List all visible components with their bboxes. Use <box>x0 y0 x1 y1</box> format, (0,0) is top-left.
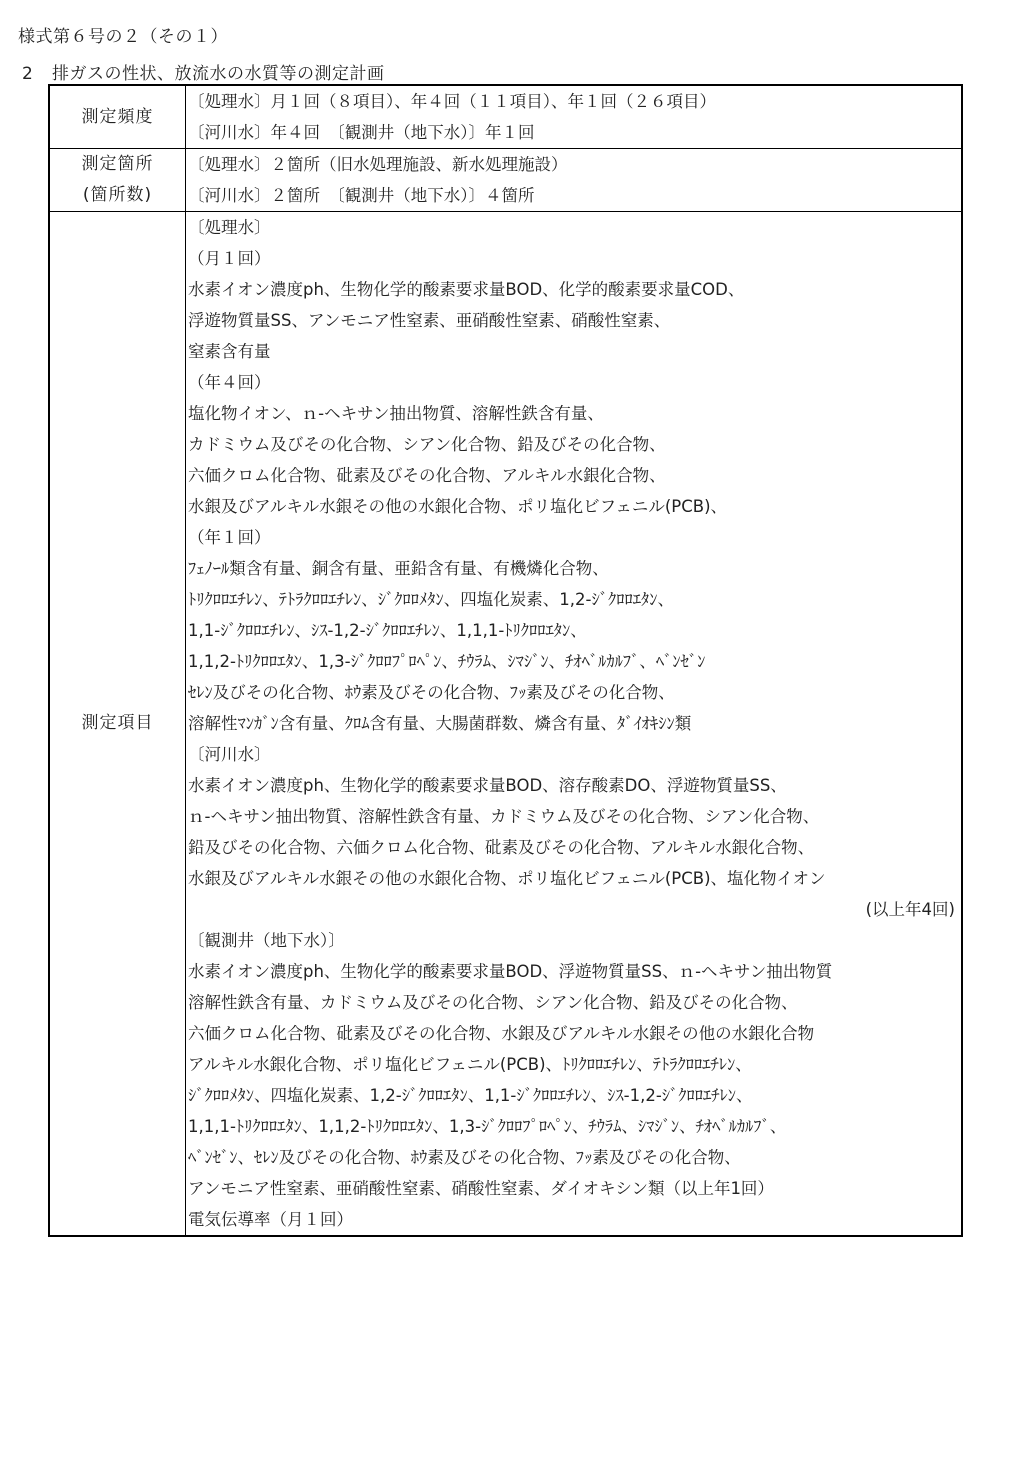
measurement-item-line: 水素イオン濃度ph、生物化学的酸素要求量BOD、浮遊物質量SS、ｎ-ヘキサン抽出… <box>188 956 961 987</box>
frequency-label-cell: 測定頻度 <box>49 85 186 149</box>
measurement-item-line: 水素イオン濃度ph、生物化学的酸素要求量BOD、化学的酸素要求量COD、 <box>188 274 961 305</box>
table-row-locations: 測定箇所 (箇所数) 〔処理水〕２箇所（旧水処理施設、新水処理施設） 〔河川水〕… <box>49 149 962 212</box>
measurement-item-line: 六価クロム化合物、砒素及びその化合物、アルキル水銀化合物、 <box>188 460 961 491</box>
frequency-line: 〔処理水〕月１回（８項目）、年４回（１１項目）、年１回（２６項目） <box>188 86 961 117</box>
measurement-item-line: （年１回） <box>188 522 961 553</box>
measurement-item-line: 〔観測井（地下水）〕 <box>188 925 961 956</box>
locations-content-cell: 〔処理水〕２箇所（旧水処理施設、新水処理施設） 〔河川水〕２箇所 〔観測井（地下… <box>186 149 963 212</box>
measurement-item-line: ﾌｪﾉｰﾙ類含有量、銅含有量、亜鉛含有量、有機燐化合物、 <box>188 553 961 584</box>
measurement-item-line: ｎ-ヘキサン抽出物質、溶解性鉄含有量、カドミウム及びその化合物、シアン化合物、 <box>188 801 961 832</box>
measurement-item-line: 浮遊物質量SS、アンモニア性窒素、亜硝酸性窒素、硝酸性窒素、 <box>188 305 961 336</box>
form-number-label: 様式第６号の２（その１） <box>18 22 228 47</box>
locations-line: 〔処理水〕２箇所（旧水処理施設、新水処理施設） <box>188 149 961 180</box>
table-row-items: 測定項目 〔処理水〕（月１回）水素イオン濃度ph、生物化学的酸素要求量BOD、化… <box>49 212 962 1237</box>
measurement-item-line: カドミウム及びその化合物、シアン化合物、鉛及びその化合物、 <box>188 429 961 460</box>
measurement-item-line: 〔河川水〕 <box>188 739 961 770</box>
measurement-item-line: （月１回） <box>188 243 961 274</box>
measurement-item-line: 水素イオン濃度ph、生物化学的酸素要求量BOD、溶存酸素DO、浮遊物質量SS、 <box>188 770 961 801</box>
measurement-item-line: 六価クロム化合物、砒素及びその化合物、水銀及びアルキル水銀その他の水銀化合物 <box>188 1018 961 1049</box>
section-title: 排ガスの性状、放流水の水質等の測定計画 <box>52 64 385 84</box>
measurement-item-line: 窒素含有量 <box>188 336 961 367</box>
frequency-content-cell: 〔処理水〕月１回（８項目）、年４回（１１項目）、年１回（２６項目） 〔河川水〕年… <box>186 85 963 149</box>
locations-label: 測定箇所 <box>50 149 185 180</box>
measurement-item-line: ﾄﾘｸﾛﾛｴﾁﾚﾝ、ﾃﾄﾗｸﾛﾛｴﾁﾚﾝ、ｼﾞｸﾛﾛﾒﾀﾝ、四塩化炭素、1,2-… <box>188 584 961 615</box>
items-label: 測定項目 <box>50 708 185 739</box>
measurement-item-line: アルキル水銀化合物、ポリ塩化ビフェニル(PCB)、ﾄﾘｸﾛﾛｴﾁﾚﾝ、ﾃﾄﾗｸﾛ… <box>188 1049 961 1080</box>
measurement-item-line: 1,1,1-ﾄﾘｸﾛﾛｴﾀﾝ、1,1,2-ﾄﾘｸﾛﾛｴﾀﾝ、1,3-ｼﾞｸﾛﾛﾌ… <box>188 1111 961 1142</box>
section-number: 2 <box>22 64 52 84</box>
measurement-item-line: 鉛及びその化合物、六価クロム化合物、砒素及びその化合物、アルキル水銀化合物、 <box>188 832 961 863</box>
locations-count-label: (箇所数) <box>50 180 185 211</box>
items-content-cell: 〔処理水〕（月１回）水素イオン濃度ph、生物化学的酸素要求量BOD、化学的酸素要… <box>186 212 963 1237</box>
measurement-item-line: アンモニア性窒素、亜硝酸性窒素、硝酸性窒素、ダイオキシン類（以上年1回） <box>188 1173 961 1204</box>
measurement-item-line: (以上年4回) <box>188 894 961 925</box>
measurement-item-line: ﾍﾞﾝｾﾞﾝ、ｾﾚﾝ及びその化合物、ﾎｳ素及びその化合物、ﾌｯ素及びその化合物、 <box>188 1142 961 1173</box>
measurement-item-line: ｾﾚﾝ及びその化合物、ﾎｳ素及びその化合物、ﾌｯ素及びその化合物、 <box>188 677 961 708</box>
measurement-item-line: 水銀及びアルキル水銀その他の水銀化合物、ポリ塩化ビフェニル(PCB)、 <box>188 491 961 522</box>
locations-line: 〔河川水〕２箇所 〔観測井（地下水）〕４箇所 <box>188 180 961 211</box>
measurement-item-line: 溶解性鉄含有量、カドミウム及びその化合物、シアン化合物、鉛及びその化合物、 <box>188 987 961 1018</box>
measurement-item-line: 溶解性ﾏﾝｶﾞﾝ含有量、ｸﾛﾑ含有量、大腸菌群数、燐含有量、ﾀﾞｲｵｷｼﾝ類 <box>188 708 961 739</box>
measurement-item-line: 1,1,2-ﾄﾘｸﾛﾛｴﾀﾝ、1,3-ｼﾞｸﾛﾛﾌﾟﾛﾍﾟﾝ、ﾁｳﾗﾑ、ｼﾏｼﾞ… <box>188 646 961 677</box>
measurement-item-line: 塩化物イオン、ｎ-ヘキサン抽出物質、溶解性鉄含有量、 <box>188 398 961 429</box>
measurement-item-line: 電気伝導率（月１回） <box>188 1204 961 1235</box>
frequency-line: 〔河川水〕年４回 〔観測井（地下水）〕年１回 <box>188 117 961 148</box>
locations-label-cell: 測定箇所 (箇所数) <box>49 149 186 212</box>
measurement-plan-table: 測定頻度 〔処理水〕月１回（８項目）、年４回（１１項目）、年１回（２６項目） 〔… <box>48 84 963 1237</box>
measurement-item-line: （年４回） <box>188 367 961 398</box>
frequency-label: 測定頻度 <box>50 102 185 133</box>
section-heading: 2排ガスの性状、放流水の水質等の測定計画 <box>22 59 385 84</box>
measurement-item-line: 1,1-ｼﾞｸﾛﾛｴﾁﾚﾝ、ｼｽ-1,2-ｼﾞｸﾛﾛｴﾁﾚﾝ、1,1,1-ﾄﾘｸ… <box>188 615 961 646</box>
measurement-item-line: 〔処理水〕 <box>188 212 961 243</box>
table-row-frequency: 測定頻度 〔処理水〕月１回（８項目）、年４回（１１項目）、年１回（２６項目） 〔… <box>49 85 962 149</box>
items-label-cell: 測定項目 <box>49 212 186 1237</box>
measurement-item-line: 水銀及びアルキル水銀その他の水銀化合物、ポリ塩化ビフェニル(PCB)、塩化物イオ… <box>188 863 961 894</box>
measurement-item-line: ｼﾞｸﾛﾛﾒﾀﾝ、四塩化炭素、1,2-ｼﾞｸﾛﾛｴﾀﾝ、1,1-ｼﾞｸﾛﾛｴﾁﾚ… <box>188 1080 961 1111</box>
